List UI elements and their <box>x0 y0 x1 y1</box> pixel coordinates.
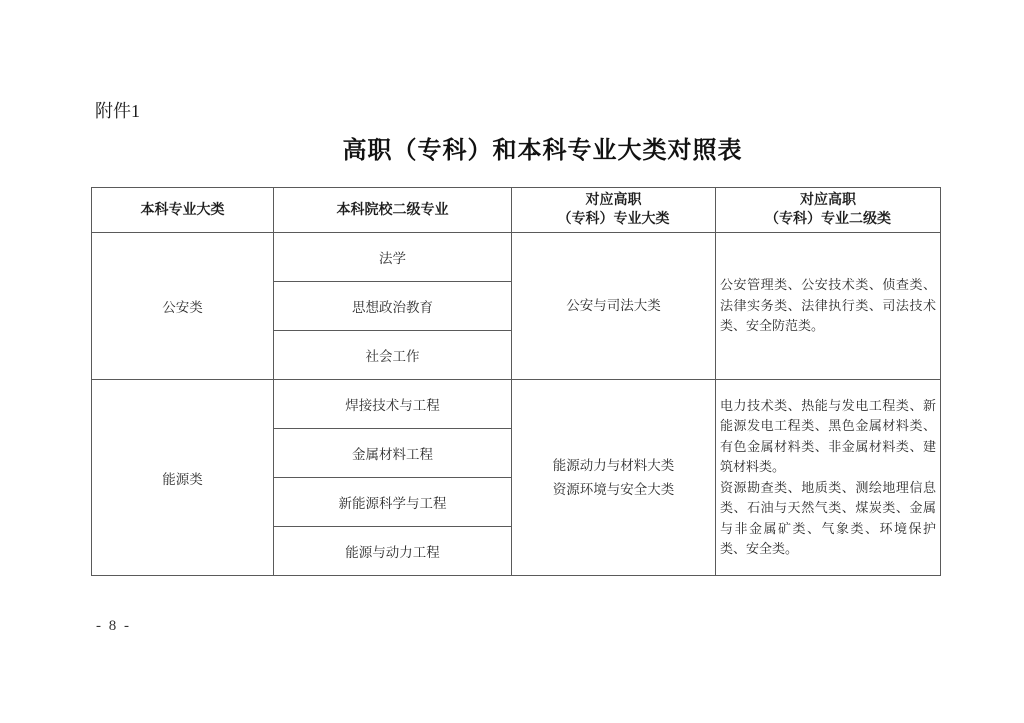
document-page: 附件1 高职（专科）和本科专业大类对照表 本科专业大类 本科院校二级专业 对应高… <box>0 0 1024 723</box>
table-row: 能源类 焊接技术与工程 能源动力与材料大类 资源环境与安全大类 电力技术类、热能… <box>92 380 941 429</box>
major-comparison-table: 本科专业大类 本科院校二级专业 对应高职 （专科）专业大类 对应高职 （专科）专… <box>91 187 941 576</box>
undergrad-major-cell: 法学 <box>274 233 512 282</box>
vocational-category-cell: 能源动力与材料大类 资源环境与安全大类 <box>512 380 716 576</box>
header-vocational-second-level-category: 对应高职 （专科）专业二级类 <box>716 188 941 233</box>
undergrad-category-cell: 公安类 <box>92 233 274 380</box>
vocational-category-cell: 公安与司法大类 <box>512 233 716 380</box>
undergrad-major-cell: 思想政治教育 <box>274 282 512 331</box>
header-undergrad-category: 本科专业大类 <box>92 188 274 233</box>
undergrad-major-cell: 焊接技术与工程 <box>274 380 512 429</box>
header-vocational-category: 对应高职 （专科）专业大类 <box>512 188 716 233</box>
attachment-label: 附件1 <box>95 97 140 123</box>
undergrad-major-cell: 能源与动力工程 <box>274 527 512 576</box>
vocational-subcategories-cell: 电力技术类、热能与发电工程类、新能源发电工程类、黑色金属材料类、有色金属材料类、… <box>716 380 941 576</box>
table-row: 公安类 法学 公安与司法大类 公安管理类、公安技术类、侦查类、法律实务类、法律执… <box>92 233 941 282</box>
table-header-row: 本科专业大类 本科院校二级专业 对应高职 （专科）专业大类 对应高职 （专科）专… <box>92 188 941 233</box>
document-title: 高职（专科）和本科专业大类对照表 <box>118 130 967 165</box>
undergrad-major-cell: 金属材料工程 <box>274 429 512 478</box>
vocational-subcategories-cell: 公安管理类、公安技术类、侦查类、法律实务类、法律执行类、司法技术类、安全防范类。 <box>716 233 941 380</box>
page-number: - 8 - <box>96 618 131 635</box>
undergrad-major-cell: 社会工作 <box>274 331 512 380</box>
undergrad-category-cell: 能源类 <box>92 380 274 576</box>
undergrad-major-cell: 新能源科学与工程 <box>274 478 512 527</box>
header-undergrad-second-level-major: 本科院校二级专业 <box>274 188 512 233</box>
